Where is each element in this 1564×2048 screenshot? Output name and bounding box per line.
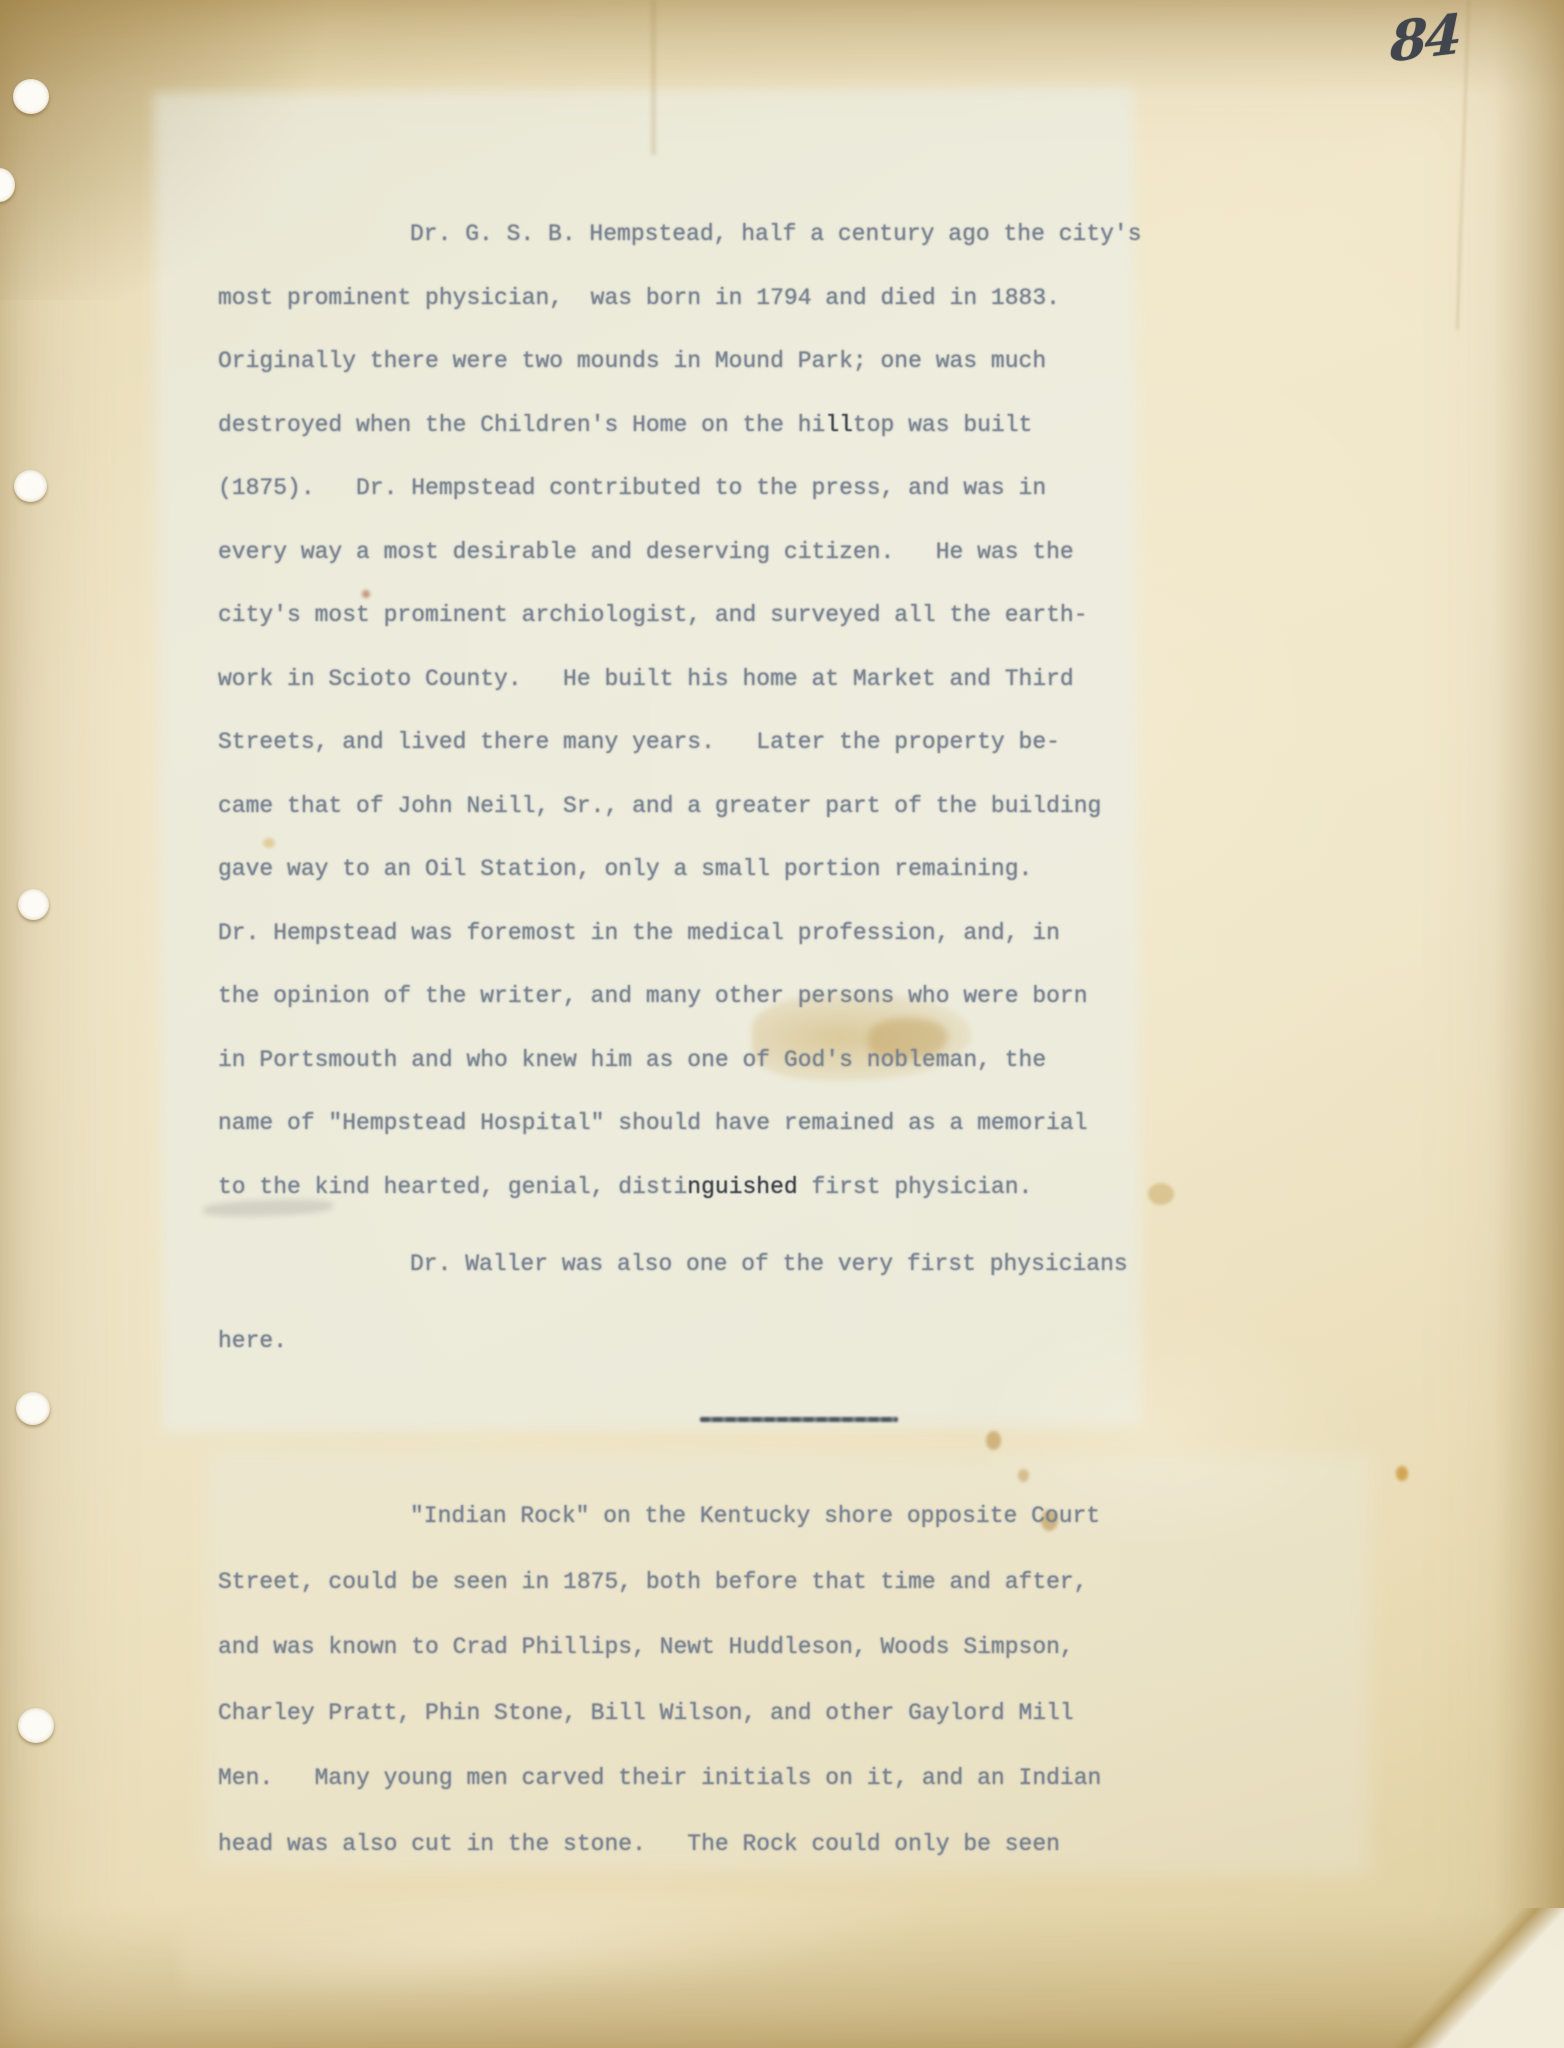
typed-text: and was known to Crad Phillips, Newt Hud… bbox=[218, 1634, 1074, 1660]
torn-corner-bottom-right bbox=[1394, 1908, 1564, 2048]
typed-line: destroyed when the Children's Home on th… bbox=[218, 394, 1142, 458]
typed-line: here. bbox=[218, 1303, 1128, 1380]
punch-hole bbox=[18, 1708, 54, 1743]
punch-hole bbox=[16, 1392, 50, 1425]
typed-text: city's most prominent archiologist, and … bbox=[218, 602, 1088, 628]
typed-line: name of "Hempstead Hospital" should have… bbox=[218, 1092, 1142, 1156]
typed-text: the opinion of the writer, and many othe… bbox=[218, 983, 1088, 1009]
typed-text: Dr. Waller was also one of the very firs… bbox=[410, 1251, 1128, 1277]
section-divider-rule bbox=[700, 1417, 898, 1422]
scanned-typewritten-page: { "page": { "page_number": "84", "colors… bbox=[0, 0, 1564, 2048]
typed-line: Streets, and lived there many years. Lat… bbox=[218, 711, 1142, 775]
aged-top-edge bbox=[0, 0, 1564, 95]
typed-text: work in Scioto County. He built his home… bbox=[218, 666, 1074, 692]
typed-line: and was known to Crad Phillips, Newt Hud… bbox=[218, 1615, 1101, 1681]
foxing-spot bbox=[1018, 1469, 1029, 1482]
typed-text: head was also cut in the stone. The Rock… bbox=[218, 1831, 1060, 1857]
typed-line: gave way to an Oil Station, only a small… bbox=[218, 838, 1142, 902]
typed-line: Dr. Hempstead was foremost in the medica… bbox=[218, 902, 1142, 966]
typed-text: Originally there were two mounds in Moun… bbox=[218, 348, 1046, 374]
typed-line: every way a most desirable and deserving… bbox=[218, 521, 1142, 585]
aged-right-edge bbox=[1494, 0, 1564, 2048]
typed-text: most prominent physician, was born in 17… bbox=[218, 285, 1060, 311]
typed-line: most prominent physician, was born in 17… bbox=[218, 267, 1142, 331]
punch-hole bbox=[13, 79, 49, 114]
typed-line: in Portsmouth and who knew him as one of… bbox=[218, 1029, 1142, 1093]
punch-hole bbox=[14, 470, 47, 502]
punch-hole bbox=[18, 889, 49, 920]
typed-text: destroyed when the Children's Home on th… bbox=[218, 412, 825, 438]
typed-line: (1875). Dr. Hempstead contributed to the… bbox=[218, 457, 1142, 521]
typed-line: work in Scioto County. He built his home… bbox=[218, 648, 1142, 712]
typed-line: Dr. G. S. B. Hempstead, half a century a… bbox=[218, 203, 1142, 267]
typed-text: Men. Many young men carved their initial… bbox=[218, 1765, 1101, 1791]
foxing-spot bbox=[986, 1431, 1001, 1450]
typed-text: Dr. G. S. B. Hempstead, half a century a… bbox=[410, 221, 1142, 247]
typed-text: to the kind hearted, genial, disti bbox=[218, 1174, 687, 1200]
typed-text: "Indian Rock" on the Kentucky shore oppo… bbox=[410, 1503, 1100, 1529]
handwritten-page-number: 84 bbox=[1390, 1, 1460, 74]
typed-text: (1875). Dr. Hempstead contributed to the… bbox=[218, 475, 1046, 501]
typed-text: name of "Hempstead Hospital" should have… bbox=[218, 1110, 1088, 1136]
typed-line: came that of John Neill, Sr., and a grea… bbox=[218, 775, 1142, 839]
typed-line: Dr. Waller was also one of the very firs… bbox=[218, 1226, 1128, 1303]
typed-line: Charley Pratt, Phin Stone, Bill Wilson, … bbox=[218, 1681, 1101, 1747]
typed-text: Charley Pratt, Phin Stone, Bill Wilson, … bbox=[218, 1700, 1074, 1726]
typed-line: city's most prominent archiologist, and … bbox=[218, 584, 1142, 648]
typed-text: gave way to an Oil Station, only a small… bbox=[218, 856, 1032, 882]
typed-text: Dr. Hempstead was foremost in the medica… bbox=[218, 920, 1060, 946]
typed-line: "Indian Rock" on the Kentucky shore oppo… bbox=[218, 1484, 1101, 1550]
typed-text-dark: ll bbox=[825, 412, 853, 438]
typed-text: top was built bbox=[853, 412, 1032, 438]
foxing-spot bbox=[1396, 1466, 1408, 1481]
typed-text: in Portsmouth and who knew him as one of… bbox=[218, 1047, 1046, 1073]
foxing-spot bbox=[1148, 1183, 1174, 1205]
paragraph-indian-rock: "Indian Rock" on the Kentucky shore oppo… bbox=[218, 1484, 1101, 1877]
typed-line: Men. Many young men carved their initial… bbox=[218, 1746, 1101, 1812]
paragraph-hempstead: Dr. G. S. B. Hempstead, half a century a… bbox=[218, 203, 1142, 1219]
typed-text: Streets, and lived there many years. Lat… bbox=[218, 729, 1060, 755]
paper-crease bbox=[652, 0, 655, 155]
typed-text-dark: nguished bbox=[687, 1174, 797, 1200]
typed-line: Street, could be seen in 1875, both befo… bbox=[218, 1550, 1101, 1616]
typed-line: head was also cut in the stone. The Rock… bbox=[218, 1812, 1101, 1878]
typed-line: to the kind hearted, genial, distinguish… bbox=[218, 1156, 1142, 1220]
typed-text: first physician. bbox=[798, 1174, 1033, 1200]
paragraph-waller: Dr. Waller was also one of the very firs… bbox=[218, 1226, 1128, 1380]
typed-line: Originally there were two mounds in Moun… bbox=[218, 330, 1142, 394]
typed-text: every way a most desirable and deserving… bbox=[218, 539, 1074, 565]
typed-text: Street, could be seen in 1875, both befo… bbox=[218, 1569, 1088, 1595]
typed-text: came that of John Neill, Sr., and a grea… bbox=[218, 793, 1101, 819]
typed-line: the opinion of the writer, and many othe… bbox=[218, 965, 1142, 1029]
typed-text: here. bbox=[218, 1328, 287, 1354]
